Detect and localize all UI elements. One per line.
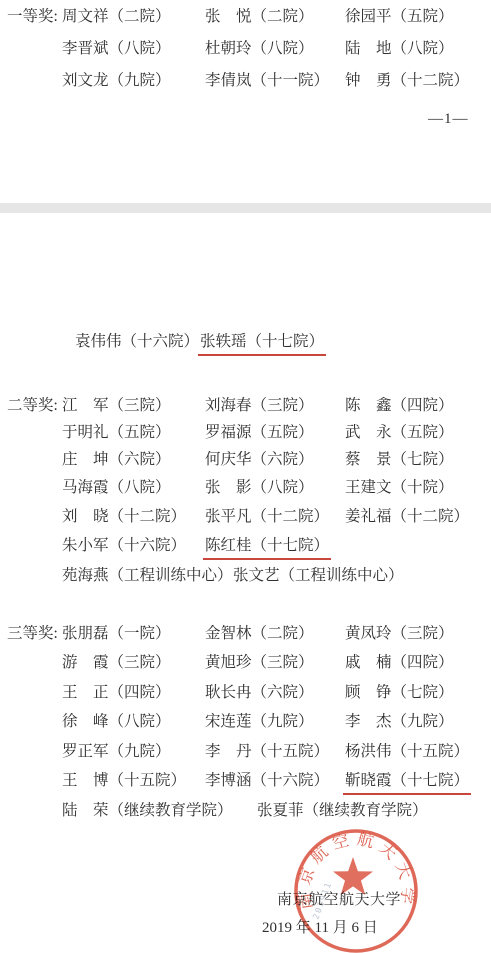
- awardee: 李 杰（九院）: [345, 713, 454, 730]
- second-prize-row: 二等奖: 江 军（三院） 刘海春（三院） 陈 鑫（四院）: [0, 397, 491, 415]
- first-prize-row: 李晋斌（八院） 杜朝玲（八院） 陆 地（八院）: [0, 40, 491, 58]
- red-underline-mark: 张轶瑶（十七院）: [198, 333, 326, 356]
- awardee: 张文艺（工程训练中心）: [233, 567, 404, 584]
- awardee: 王 博（十五院）: [62, 772, 186, 789]
- awardee: 张夏菲（继续教育学院）: [257, 802, 428, 819]
- red-underline-mark: 靳晓霞（十七院）: [343, 772, 471, 795]
- awardee: 金智林（二院）: [205, 625, 314, 642]
- document-page: 一等奖: 周文祥（二院） 张 悦（二院） 徐园平（五院） 李晋斌（八院） 杜朝玲…: [0, 0, 491, 953]
- awardee: 周文祥（二院）: [62, 8, 171, 25]
- awardee: 袁伟伟（十六院）: [75, 333, 199, 350]
- awardee: 徐 峰（八院）: [62, 713, 171, 730]
- page-number: —1—: [428, 111, 469, 128]
- second-prize-row: 马海霞（八院） 张 影（八院） 王建文（十院）: [0, 479, 491, 497]
- second-prize-row: 刘 晓（十二院） 张平凡（十二院） 姜礼福（十二院）: [0, 508, 491, 526]
- third-prize-row: 王 博（十五院） 李博涵（十六院） 靳晓霞（十七院）: [0, 772, 491, 790]
- third-prize-label: 三等奖:: [7, 625, 58, 642]
- awardee: 宋连莲（九院）: [205, 713, 314, 730]
- first-prize-row: 刘文龙（九院） 李倩岚（十一院） 钟 勇（十二院）: [0, 72, 491, 90]
- awardee: 李倩岚（十一院）: [205, 72, 329, 89]
- awardee: 刘海春（三院）: [205, 397, 314, 414]
- awardee: 刘文龙（九院）: [62, 72, 171, 89]
- awardee: 陈 鑫（四院）: [345, 397, 454, 414]
- third-prize-row: 三等奖: 张朋磊（一院） 金智林（二院） 黄凤玲（三院）: [0, 625, 491, 643]
- awardee: 姜礼福（十二院）: [345, 508, 469, 525]
- awardee: 徐园平（五院）: [345, 8, 454, 25]
- awardee: 蔡 景（七院）: [345, 451, 454, 468]
- second-prize-row: 庄 坤（六院） 何庆华（六院） 蔡 景（七院）: [0, 451, 491, 469]
- awardee: 陆 地（八院）: [345, 40, 454, 57]
- awardee: 黄旭珍（三院）: [205, 654, 314, 671]
- awardee: 耿长冉（六院）: [205, 684, 314, 701]
- third-prize-row: 王 正（四院） 耿长冉（六院） 顾 铮（七院）: [0, 684, 491, 702]
- awardee: 陆 荣（继续教育学院）: [62, 802, 233, 819]
- awardee: 张 悦（二院）: [205, 8, 314, 25]
- second-prize-row: 苑海燕（工程训练中心） 张文艺（工程训练中心）: [0, 567, 491, 585]
- awardee: 李博涵（十六院）: [205, 772, 329, 789]
- signature-date: 2019 年 11 月 6 日: [262, 916, 378, 937]
- awardee: 戚 楠（四院）: [345, 654, 454, 671]
- second-prize-row: 于明礼（五院） 罗福源（五院） 武 永（五院）: [0, 424, 491, 442]
- awardee: 张朋磊（一院）: [62, 625, 171, 642]
- awardee: 顾 铮（七院）: [345, 684, 454, 701]
- awardee: 钟 勇（十二院）: [345, 72, 469, 89]
- awardee: 杨洪伟（十五院）: [345, 743, 469, 760]
- awardee: 李晋斌（八院）: [62, 40, 171, 57]
- awardee: 庄 坤（六院）: [62, 451, 171, 468]
- awardee-underlined: 靳晓霞（十七院）: [345, 772, 469, 795]
- second-prize-row: 朱小军（十六院） 陈红桂（十七院）: [0, 537, 491, 555]
- third-prize-row: 陆 荣（继续教育学院） 张夏菲（继续教育学院）: [0, 802, 491, 820]
- awardee: 杜朝玲（八院）: [205, 40, 314, 57]
- awardee: 罗正军（九院）: [62, 743, 171, 760]
- awardee: 刘 晓（十二院）: [62, 508, 186, 525]
- first-prize-row: 一等奖: 周文祥（二院） 张 悦（二院） 徐园平（五院）: [0, 8, 491, 26]
- awardee: 张 影（八院）: [205, 479, 314, 496]
- awardee: 李 丹（十五院）: [205, 743, 329, 760]
- awardee: 苑海燕（工程训练中心）: [62, 567, 233, 584]
- third-prize-row: 徐 峰（八院） 宋连莲（九院） 李 杰（九院）: [0, 713, 491, 731]
- awardee: 游 霞（三院）: [62, 654, 171, 671]
- first-prize-overflow-row: 袁伟伟（十六院） 张轶瑶（十七院）: [0, 333, 491, 351]
- red-underline-mark: 陈红桂（十七院）: [203, 537, 331, 560]
- third-prize-row: 游 霞（三院） 黄旭珍（三院） 戚 楠（四院）: [0, 654, 491, 672]
- first-prize-label: 一等奖:: [7, 8, 58, 25]
- third-prize-row: 罗正军（九院） 李 丹（十五院） 杨洪伟（十五院）: [0, 743, 491, 761]
- awardee: 王建文（十院）: [345, 479, 454, 496]
- awardee: 王 正（四院）: [62, 684, 171, 701]
- signature-org: 南京航空航天大学: [277, 888, 401, 909]
- awardee: 张平凡（十二院）: [205, 508, 329, 525]
- awardee: 黄凤玲（三院）: [345, 625, 454, 642]
- awardee: 于明礼（五院）: [62, 424, 171, 441]
- awardee: 武 永（五院）: [345, 424, 454, 441]
- second-prize-label: 二等奖:: [7, 397, 58, 414]
- awardee: 何庆华（六院）: [205, 451, 314, 468]
- page-divider: [0, 203, 491, 213]
- awardee: 朱小军（十六院）: [62, 537, 186, 554]
- awardee-underlined: 陈红桂（十七院）: [205, 537, 329, 560]
- awardee: 罗福源（五院）: [205, 424, 314, 441]
- awardee: 江 军（三院）: [62, 397, 171, 414]
- awardee-underlined: 张轶瑶（十七院）: [200, 333, 324, 356]
- awardee: 马海霞（八院）: [62, 479, 171, 496]
